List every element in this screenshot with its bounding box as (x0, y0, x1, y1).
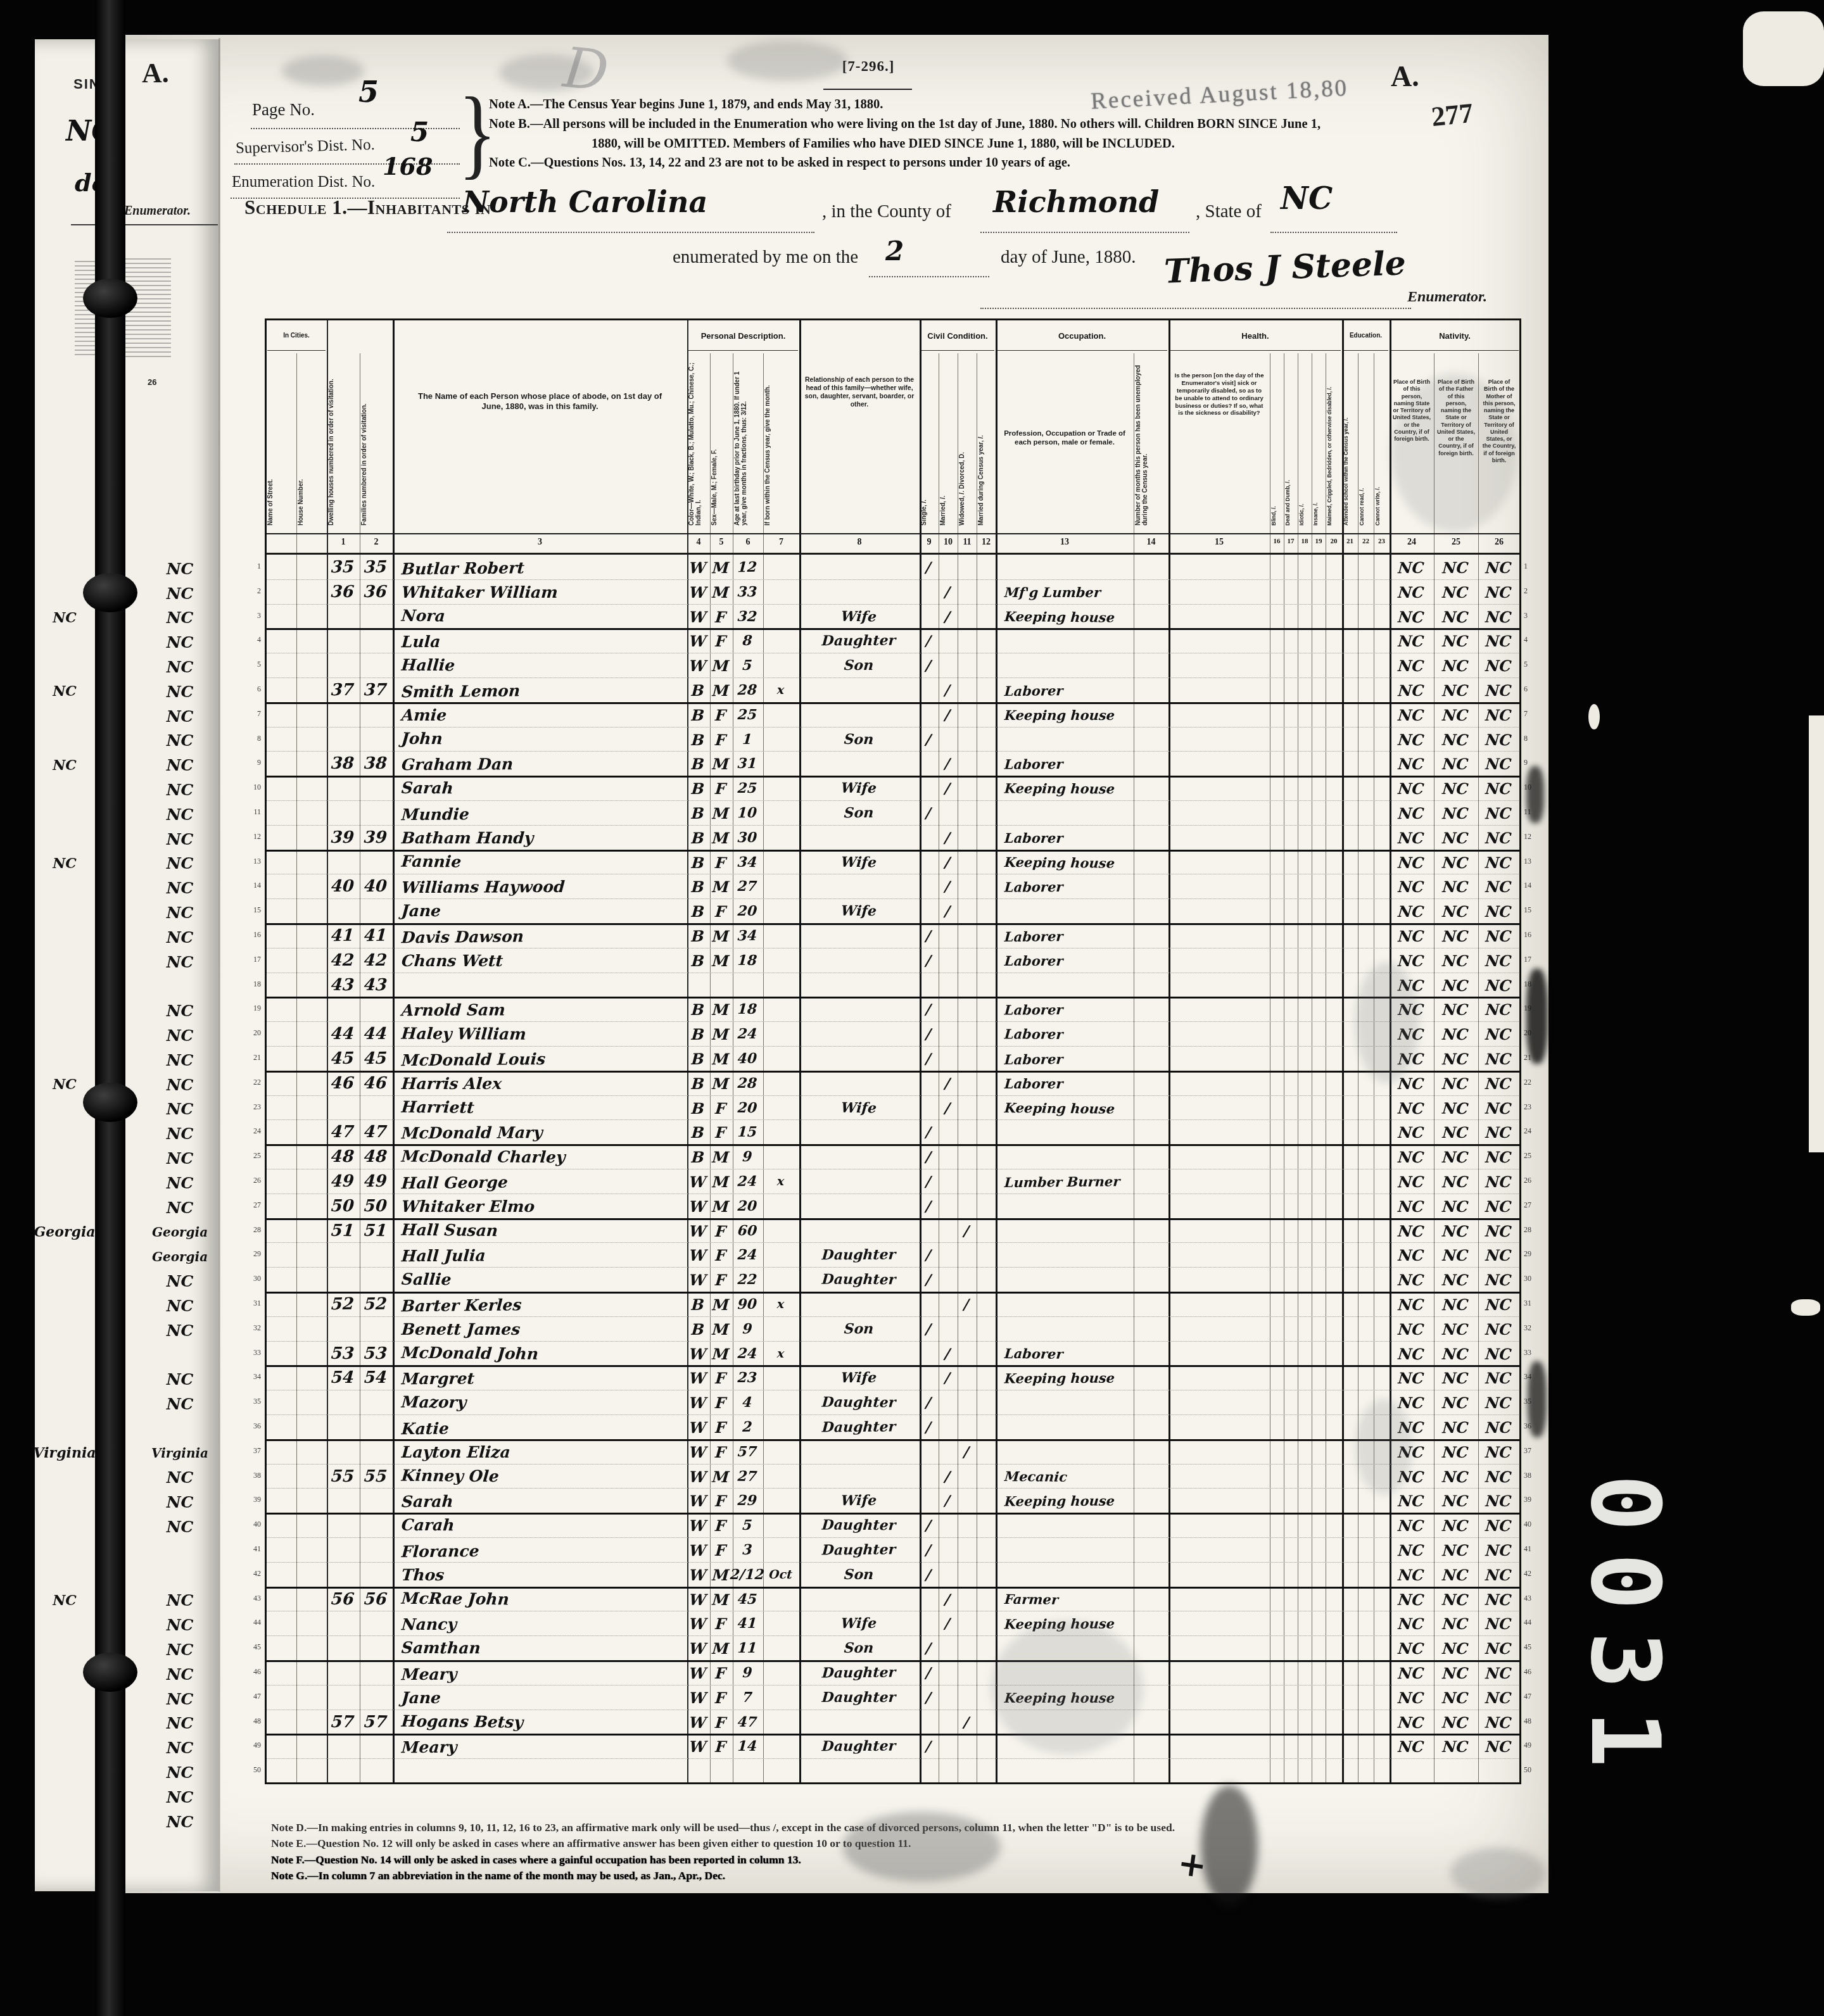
row-number-left: 11 (242, 807, 261, 817)
row-number-right: 7 (1524, 709, 1540, 719)
prev-page-entry: Virginia (143, 1441, 217, 1466)
note-d: Note D.—In making entries in columns 9, … (271, 1820, 1234, 1836)
prev-page-entry: NC (143, 729, 217, 753)
note-e: Note E.—Question No. 12 will only be ask… (271, 1836, 1234, 1851)
stain (1450, 1848, 1545, 1898)
prev-page-entry: NC (143, 1687, 217, 1711)
prev-page-entry: NC (143, 1711, 217, 1736)
row-number-right: 15 (1524, 905, 1540, 916)
prev-page-entry-partial: Virginia (38, 1441, 91, 1466)
row-number-left: 41 (242, 1544, 261, 1554)
row-number-right: 49 (1524, 1741, 1540, 1751)
row-number-left: 36 (242, 1421, 261, 1432)
row-number-left: 44 (242, 1618, 261, 1628)
row-number-left: 39 (242, 1495, 261, 1505)
row-number-left: 40 (242, 1520, 261, 1530)
census-scan-canvas: SINCE NC do Enumerator. 26 A. A. [7-296.… (0, 0, 1824, 2016)
row-number-left: 9 (242, 758, 261, 768)
row-number-right: 46 (1524, 1667, 1540, 1677)
prev-page-entry: NC (143, 1810, 217, 1834)
edge-ink-blot (1528, 1361, 1547, 1437)
edge-ink-blot (1526, 969, 1548, 1064)
row-number-left: 24 (242, 1126, 261, 1137)
prev-page-entry: NC (143, 1121, 217, 1146)
row-number-left: 29 (242, 1249, 261, 1259)
prev-page-entry: NC (143, 704, 217, 729)
row-number-right: 50 (1524, 1765, 1540, 1775)
row-number-right: 3 (1524, 611, 1540, 621)
prev-page-entry: NC (143, 1048, 217, 1073)
row-number-left: 19 (242, 1004, 261, 1014)
row-number-left: 50 (242, 1765, 261, 1775)
row-number-left: 38 (242, 1471, 261, 1481)
row-number-left: 31 (242, 1299, 261, 1309)
row-number-right: 2 (1524, 586, 1540, 596)
binder-knob (83, 1653, 137, 1692)
prev-page-entry-partial: NC (38, 679, 91, 704)
row-number-left: 32 (242, 1323, 261, 1333)
row-number-left: 4 (242, 635, 261, 645)
binder-knob (83, 279, 137, 318)
prev-page-entry: NC (143, 1023, 217, 1048)
row-number-left: 49 (242, 1741, 261, 1751)
table-frame (265, 318, 1521, 1784)
row-number-left: 21 (242, 1053, 261, 1063)
row-number-right: 27 (1524, 1200, 1540, 1211)
prev-page-entry: NC (143, 1736, 217, 1760)
row-number-left: 10 (242, 783, 261, 793)
prev-page-entry: NC (143, 1171, 217, 1195)
stain (1355, 962, 1419, 1083)
notes-bottom-block: Note D.—In making entries in columns 9, … (271, 1820, 1234, 1884)
prev-page-entry-partial: NC (38, 753, 91, 778)
row-number-left: 27 (242, 1200, 261, 1211)
prev-page-entry: NC (143, 655, 217, 679)
row-number-left: 20 (242, 1028, 261, 1038)
prev-page-entry: NC (143, 557, 217, 581)
note-g-text: —In column 7 an abbreviation in the name… (307, 1869, 725, 1882)
row-number-right: 17 (1524, 955, 1540, 965)
row-number-right: 38 (1524, 1471, 1540, 1481)
row-number-left: 43 (242, 1594, 261, 1604)
binder-knob (83, 573, 137, 612)
paper-fragment (1809, 715, 1824, 1152)
microfilm-frame-number: 0031 (1571, 1429, 1678, 1834)
prev-page-entry: NC (143, 1637, 217, 1662)
prev-page-entry: NC (143, 1785, 217, 1810)
row-number-right: 43 (1524, 1594, 1540, 1604)
row-number-left: 48 (242, 1717, 261, 1727)
prev-page-entry: NC (143, 1294, 217, 1318)
prev-page-entry: NC (143, 1490, 217, 1515)
prev-page-entry: NC (143, 753, 217, 778)
row-number-right: 40 (1524, 1520, 1540, 1530)
note-d-text: —In making entries in columns 9, 10, 11,… (307, 1821, 1175, 1834)
row-number-left: 12 (242, 832, 261, 842)
prev-page-entry: NC (143, 1195, 217, 1220)
binder-knob (83, 1083, 137, 1122)
note-f-label: Note F. (271, 1853, 305, 1866)
prev-page-entry: NC (143, 1515, 217, 1539)
row-number-left: 18 (242, 980, 261, 990)
row-number-right: 26 (1524, 1176, 1540, 1186)
row-number-right: 44 (1524, 1618, 1540, 1628)
row-number-right: 6 (1524, 684, 1540, 695)
prev-page-entry: NC (143, 778, 217, 802)
prev-page-entry: Georgia (143, 1244, 217, 1269)
prev-page-entry: NC (143, 679, 217, 704)
row-number-left: 45 (242, 1642, 261, 1653)
prev-page-entry-partial: NC (38, 852, 91, 876)
row-number-right: 25 (1524, 1151, 1540, 1161)
prev-page-entry: NC (143, 802, 217, 827)
row-number-right: 30 (1524, 1274, 1540, 1284)
prev-page-entry: NC (143, 1613, 217, 1637)
prev-page-entry: NC (143, 1269, 217, 1294)
row-number-right: 47 (1524, 1692, 1540, 1702)
row-number-left: 47 (242, 1692, 261, 1702)
row-number-left: 35 (242, 1397, 261, 1407)
row-number-left: 17 (242, 955, 261, 965)
paper-fragment (1743, 11, 1824, 86)
ink-streak (1201, 1786, 1258, 1906)
pencil-smudge (499, 54, 594, 91)
pencil-smudge (282, 56, 364, 86)
row-number-left: 14 (242, 881, 261, 891)
row-number-right: 13 (1524, 857, 1540, 867)
row-number-left: 8 (242, 734, 261, 744)
prev-page-entry: NC (143, 581, 217, 606)
prev-page-entry-partial: Georgia (38, 1220, 91, 1245)
prev-page-entry: NC (143, 950, 217, 974)
prev-page-entry-partial: NC (38, 1073, 91, 1097)
prev-page-entry: NC (143, 1466, 217, 1490)
prev-page-entry: NC (143, 1589, 217, 1613)
row-number-right: 37 (1524, 1446, 1540, 1456)
note-d-label: Note D. (271, 1821, 307, 1834)
row-number-right: 23 (1524, 1102, 1540, 1112)
row-number-left: 42 (242, 1569, 261, 1579)
prev-page-entry: NC (143, 1073, 217, 1097)
prev-page-entry: NC (143, 852, 217, 876)
prev-page-entry: NC (143, 925, 217, 950)
prev-page-entry-partial: NC (38, 606, 91, 631)
row-number-left: 37 (242, 1446, 261, 1456)
row-number-left: 2 (242, 586, 261, 596)
prev-page-entry: NC (143, 827, 217, 852)
prev-page-entry: Georgia (143, 1220, 217, 1245)
note-f-text: —Question No. 14 will only be asked in c… (305, 1853, 801, 1866)
edge-ink-blot (1526, 766, 1544, 823)
paper-fleck (1588, 704, 1600, 729)
row-number-left: 3 (242, 611, 261, 621)
prev-page-entry: NC (143, 900, 217, 925)
row-number-right: 29 (1524, 1249, 1540, 1259)
prev-page-entry: NC (143, 999, 217, 1023)
row-number-left: 33 (242, 1348, 261, 1358)
census-table: In Cities.Personal Description.Civil Con… (0, 0, 1824, 2016)
note-g: Note G.—In column 7 an abbreviation in t… (271, 1868, 1234, 1884)
pencil-smudge (727, 41, 847, 81)
row-number-right: 28 (1524, 1225, 1540, 1235)
row-number-left: 30 (242, 1274, 261, 1284)
row-number-right: 1 (1524, 562, 1540, 572)
row-number-left: 13 (242, 857, 261, 867)
row-number-left: 46 (242, 1667, 261, 1677)
row-number-right: 32 (1524, 1323, 1540, 1333)
row-number-right: 45 (1524, 1642, 1540, 1653)
prev-page-entry: NC (143, 1146, 217, 1171)
row-number-right: 31 (1524, 1299, 1540, 1309)
row-number-left: 23 (242, 1102, 261, 1112)
row-number-left: 25 (242, 1151, 261, 1161)
row-number-left: 5 (242, 660, 261, 670)
row-number-right: 12 (1524, 832, 1540, 842)
row-number-left: 15 (242, 905, 261, 916)
note-f: Note F.—Question No. 14 will only be ask… (271, 1852, 1234, 1868)
note-g-label: Note G. (271, 1869, 307, 1882)
prev-page-entry-partial: NC (38, 1589, 91, 1613)
prev-page-entry: NC (143, 1097, 217, 1122)
row-number-right: 22 (1524, 1078, 1540, 1088)
row-number-right: 41 (1524, 1544, 1540, 1554)
row-number-left: 34 (242, 1372, 261, 1382)
row-number-right: 33 (1524, 1348, 1540, 1358)
stain (1391, 374, 1517, 532)
prev-page-entry: NC (143, 876, 217, 900)
note-e-label: Note E. (271, 1837, 306, 1849)
paper-fragment (1791, 1299, 1820, 1316)
row-number-right: 8 (1524, 734, 1540, 744)
prev-page-entry: NC (143, 606, 217, 631)
row-number-right: 5 (1524, 660, 1540, 670)
row-number-left: 22 (242, 1078, 261, 1088)
prev-page-entry: NC (143, 1367, 217, 1392)
note-e-text: —Question No. 12 will only be asked in c… (306, 1837, 911, 1849)
row-number-right: 16 (1524, 930, 1540, 940)
row-number-right: 39 (1524, 1495, 1540, 1505)
stain (991, 1621, 1143, 1754)
row-number-right: 14 (1524, 881, 1540, 891)
row-number-left: 26 (242, 1176, 261, 1186)
prev-page-entry: NC (143, 1318, 217, 1343)
prev-page-entry: NC (143, 1662, 217, 1687)
row-number-left: 16 (242, 930, 261, 940)
tape-stain (842, 1812, 1001, 1882)
row-number-left: 6 (242, 684, 261, 695)
row-number-left: 1 (242, 562, 261, 572)
row-number-left: 7 (242, 709, 261, 719)
prev-page-entry: NC (143, 1392, 217, 1416)
prev-page-entry: NC (143, 1760, 217, 1785)
row-number-right: 4 (1524, 635, 1540, 645)
prev-page-entry: NC (143, 630, 217, 655)
row-number-right: 42 (1524, 1569, 1540, 1579)
row-number-right: 48 (1524, 1717, 1540, 1727)
stain (1355, 1399, 1412, 1494)
row-number-left: 28 (242, 1225, 261, 1235)
row-number-right: 24 (1524, 1126, 1540, 1137)
